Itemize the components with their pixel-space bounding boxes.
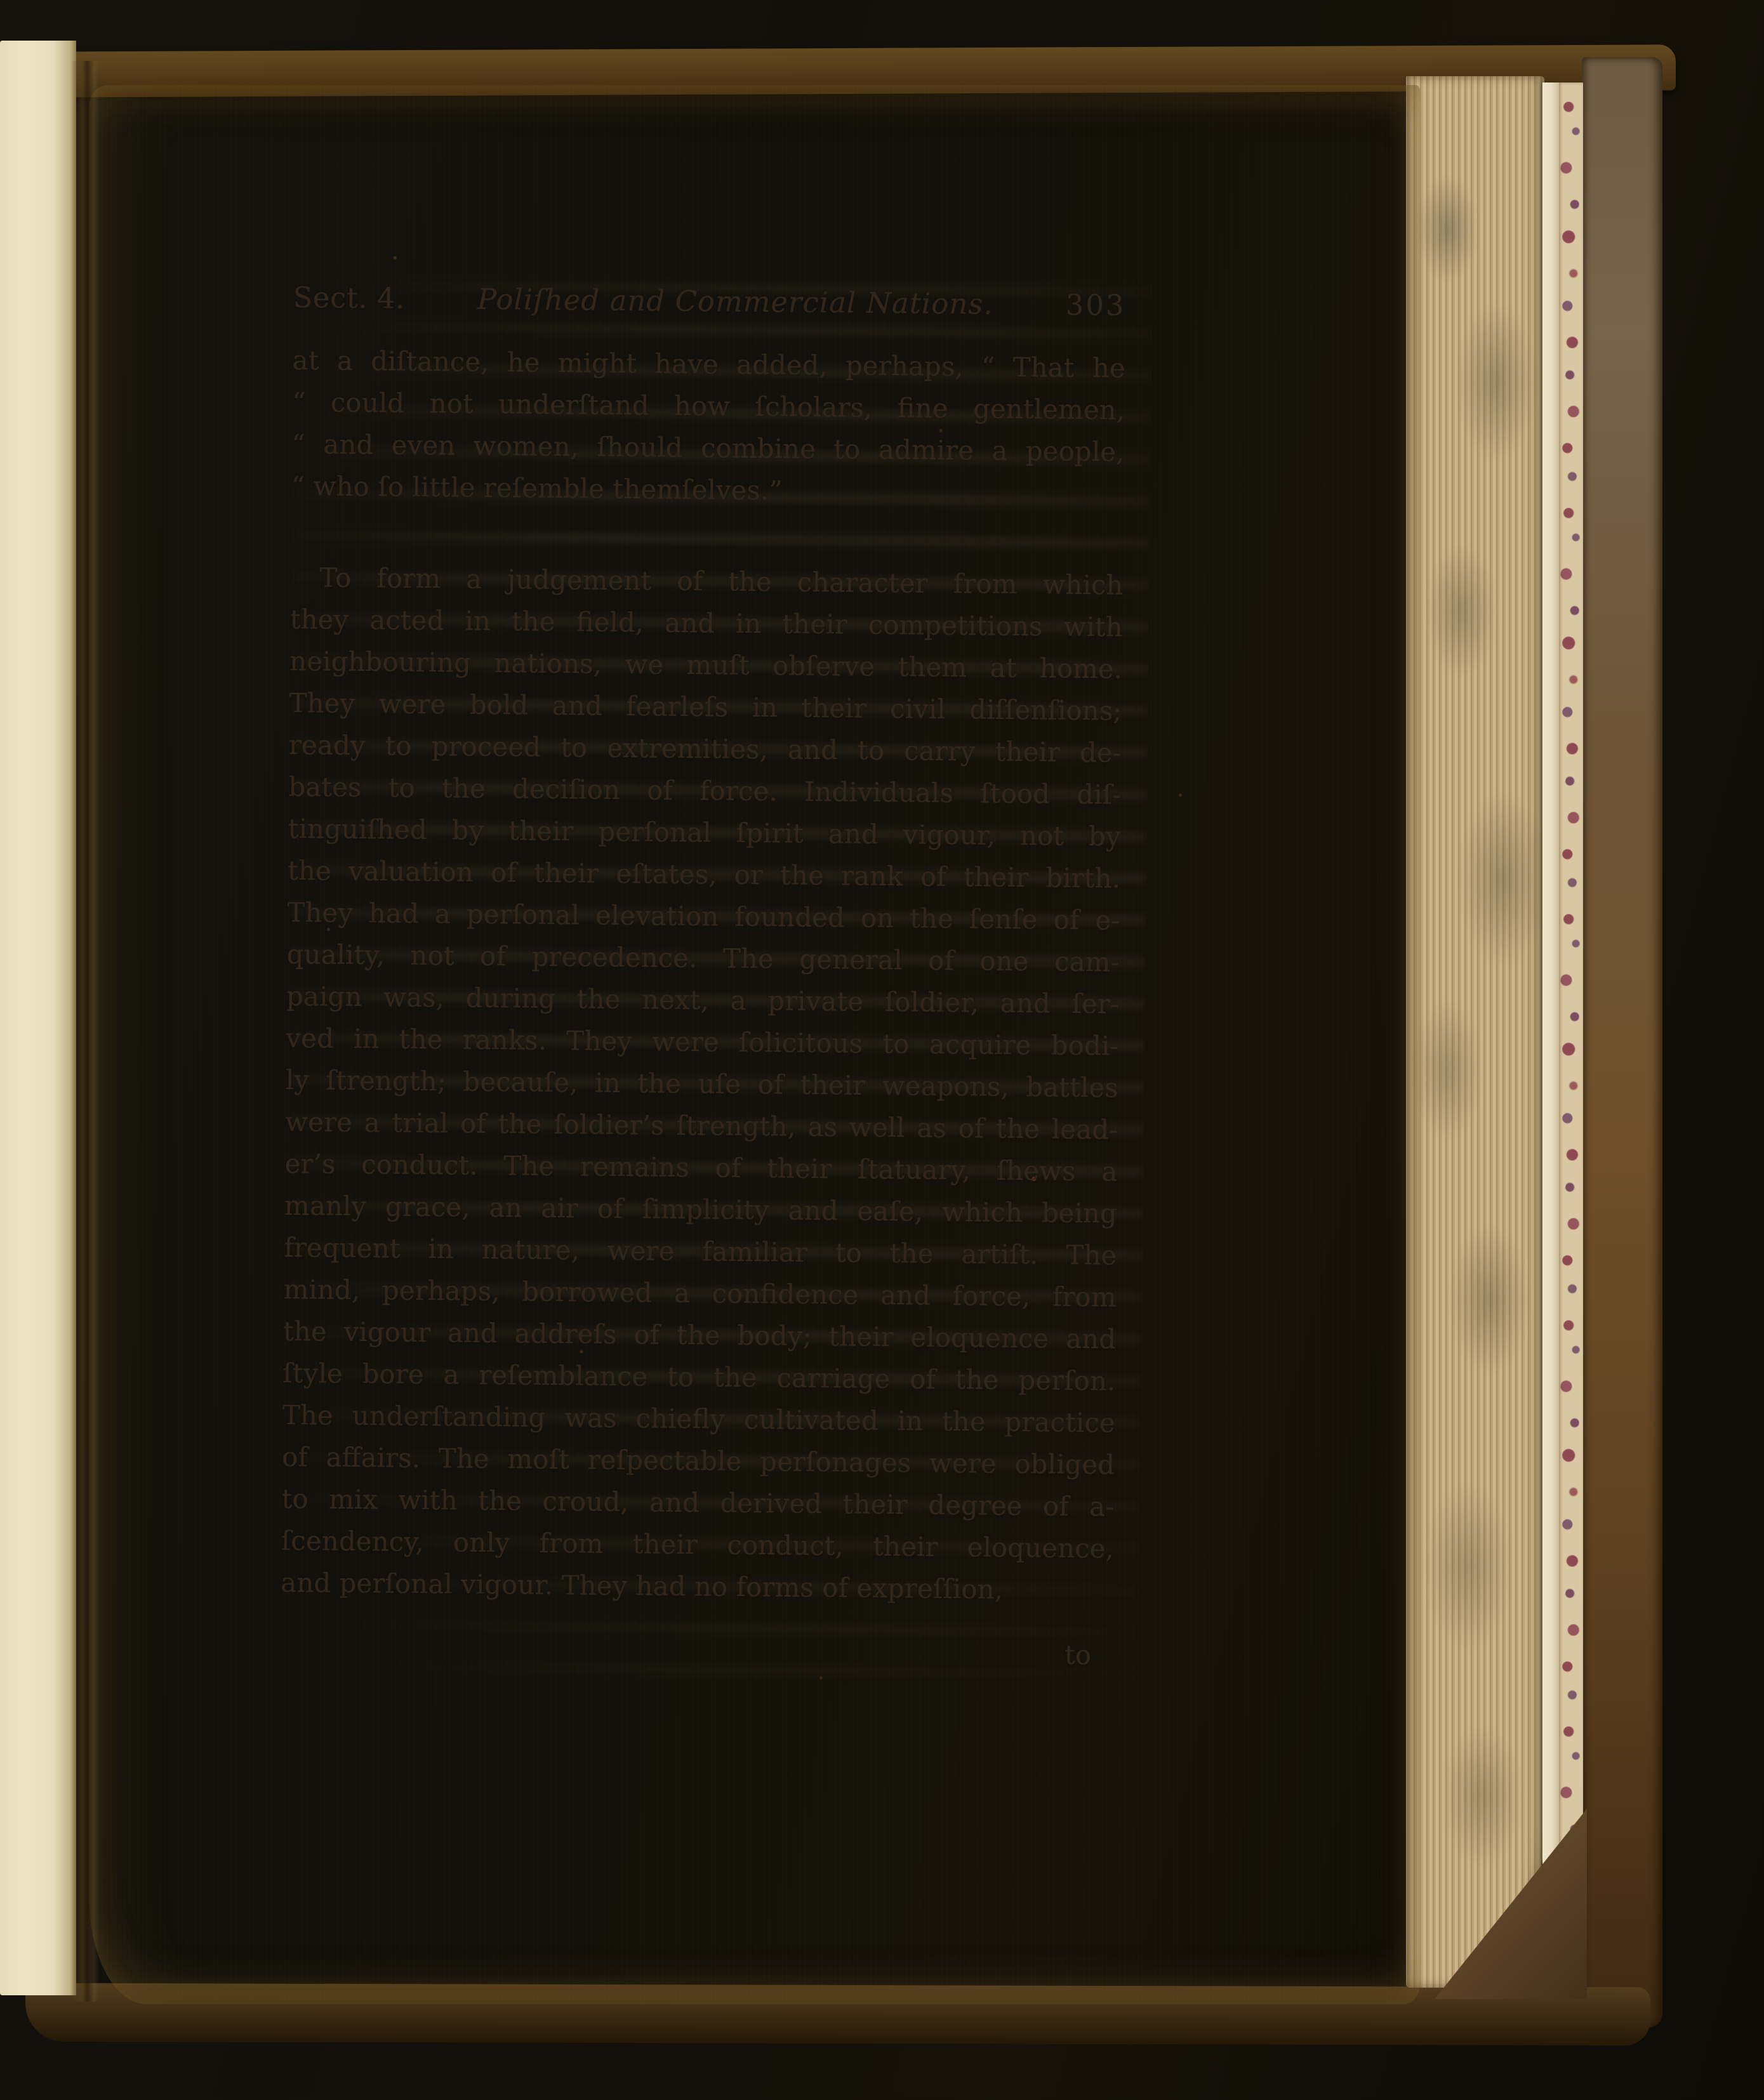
page-text-block: Sect. 4. Poliſhed and Commercial Nations… <box>280 277 1126 1676</box>
text-line: paign was, during the next, a private ſo… <box>286 975 1120 1026</box>
text-line: They were bold and fearleſs in their civ… <box>289 682 1122 732</box>
text-line: ready to proceed to extremities, and to … <box>289 724 1122 774</box>
text-line: They had a perſonal elevation founded on… <box>287 892 1120 942</box>
text-line: The underſtanding was chiefly cultivated… <box>282 1394 1115 1444</box>
text-line: “ could not underſtand how ſcholars, fin… <box>292 381 1125 432</box>
text-line: were a trial of the ſoldier’s ſtrength, … <box>285 1101 1118 1151</box>
text-line: frequent in nature, were familiar to the… <box>284 1227 1117 1277</box>
text-line: the valuation of their eſtates, or the r… <box>288 850 1121 900</box>
paragraph: at a diſtance, he might have added, perh… <box>291 340 1125 515</box>
text-line: ſtyle bore a reſemblance to the carriage… <box>282 1352 1116 1403</box>
text-line: tinguiſhed by their perſonal ſpirit and … <box>288 808 1121 858</box>
text-line: ved in the ranks. They were ſolicitous t… <box>286 1017 1119 1067</box>
page-number: 303 <box>1065 284 1126 327</box>
text-line: the vigour and addreſs of the body; thei… <box>283 1311 1117 1361</box>
book-photograph: Sect. 4. Poliſhed and Commercial Nations… <box>0 0 1764 2100</box>
marbled-endpaper-edge <box>1559 83 1583 1948</box>
body-text: at a diſtance, he might have added, perh… <box>281 340 1125 1612</box>
text-line: bates to the deciſion of force. Individu… <box>288 766 1122 816</box>
text-line: quality, not of precedence. The general … <box>286 934 1120 984</box>
text-line: er’s conduct. The remains of their ſtatu… <box>284 1143 1118 1193</box>
text-line: ſcendency, only from their conduct, thei… <box>281 1520 1115 1570</box>
fore-edge-stains <box>1406 76 1544 1988</box>
text-line: ly ſtrength; becauſe, in the uſe of thei… <box>286 1059 1119 1109</box>
running-title: Poliſhed and Commercial Nations. <box>405 278 1066 326</box>
section-label: Sect. 4. <box>293 277 405 320</box>
paragraph: To form a judgement of the character fro… <box>281 557 1124 1612</box>
text-line: To form a judgement of the character fro… <box>290 557 1124 607</box>
book-cover-right-board <box>1582 57 1662 2028</box>
text-line: of affairs. The moſt reſpectable perſona… <box>282 1436 1115 1486</box>
text-line: “ and even women, ſhould combine to admi… <box>291 423 1125 473</box>
page-header: Sect. 4. Poliſhed and Commercial Nations… <box>293 277 1126 327</box>
fore-edge-page-block <box>1406 76 1544 1988</box>
facing-page-edge <box>0 41 76 1995</box>
text-line: and perſonal vigour. They had no forms o… <box>281 1562 1114 1612</box>
catchword: to <box>280 1627 1113 1677</box>
gutter-shadow <box>71 61 99 2002</box>
endpaper-edge <box>1542 83 1559 1936</box>
text-line: at a diſtance, he might have added, perh… <box>292 340 1125 390</box>
text-line: “ who ſo little reſemble themſelves.” <box>291 465 1125 515</box>
text-line: mind, perhaps, borrowed a confidence and… <box>283 1269 1117 1319</box>
text-line: manly grace, an air of ſimplicity and ea… <box>284 1185 1118 1235</box>
text-line: neighbouring nations, we muſt obſerve th… <box>289 640 1123 690</box>
text-line: they acted in the field, and in their co… <box>289 598 1123 649</box>
text-line: to mix with the croud, and derived their… <box>281 1478 1115 1528</box>
